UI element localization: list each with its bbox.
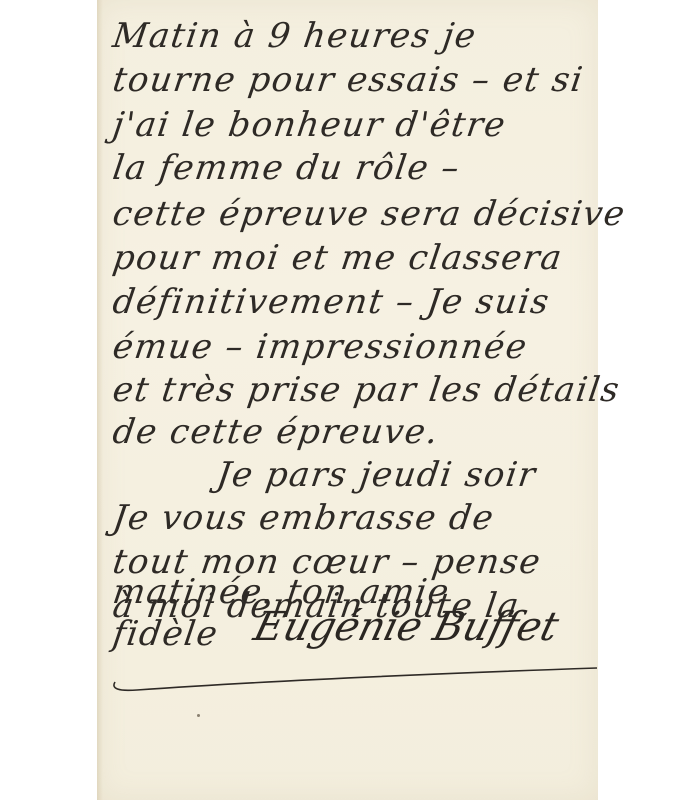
letter-line-6: pour moi et me classera [110,236,566,280]
letter-line-7: définitivement – Je suis [110,280,553,324]
letter-line-5: cette épreuve sera décisive [110,192,629,236]
letter-line-4: la femme du rôle – [110,146,463,190]
letter-line-16: fidèle [110,612,222,656]
letter-line-11: Je pars jeudi soir [214,453,539,497]
letter-line-10: de cette épreuve. [110,410,442,454]
letter-page: Matin à 9 heures je tourne pour essais –… [97,0,598,800]
paper-fold-shadow [97,0,103,800]
paper-spot [197,714,200,717]
signature-underline-flourish [107,660,597,700]
signature: Eugénie Buffet [249,604,563,650]
letter-line-12: Je vous embrasse de [110,496,497,540]
letter-line-3: j'ai le bonheur d'être [110,103,509,147]
letter-line-1: Matin à 9 heures je [110,14,480,58]
letter-line-2: tourne pour essais – et si [110,58,587,102]
letter-line-9: et très prise par les détails [110,368,623,412]
letter-line-8: émue – impressionnée [110,325,531,369]
